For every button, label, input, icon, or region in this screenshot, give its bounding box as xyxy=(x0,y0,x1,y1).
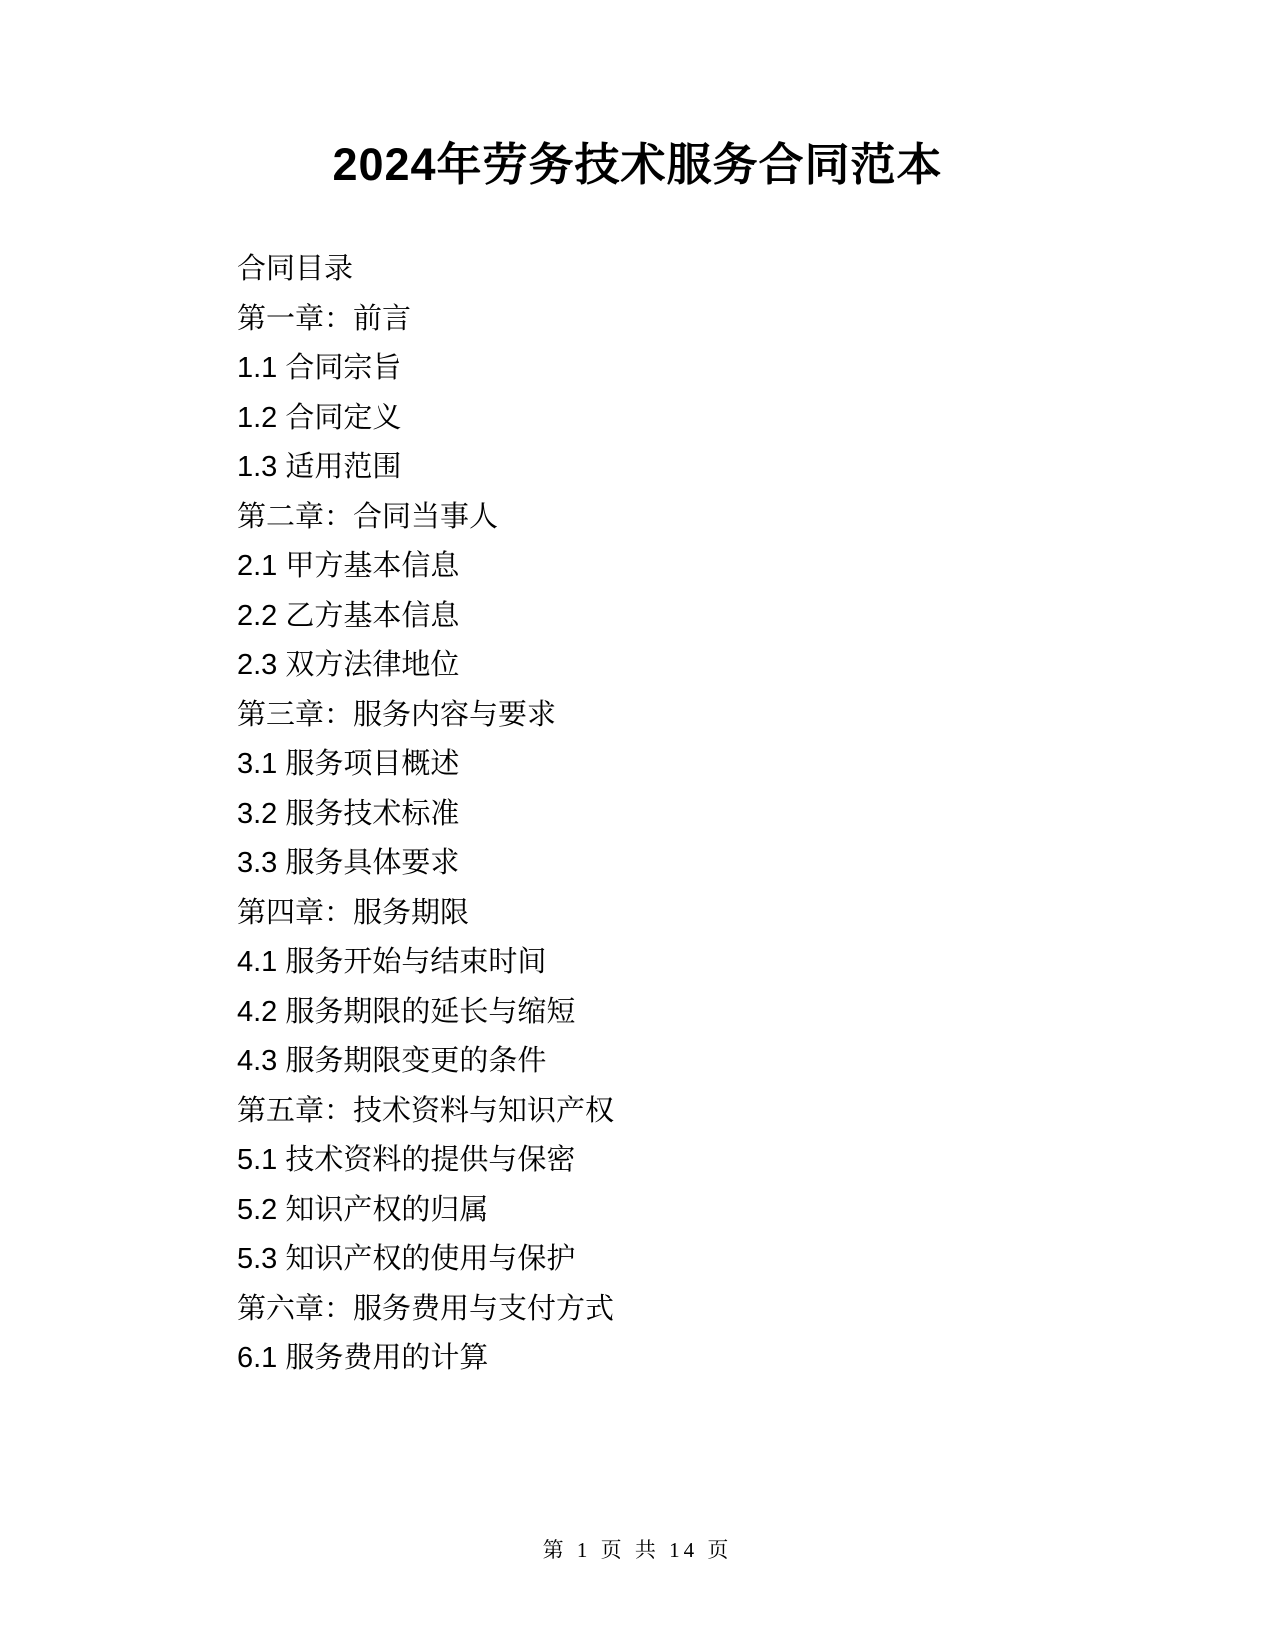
toc-item: 第四章：服务期限 xyxy=(237,889,1155,939)
table-of-contents: 合同目录 第一章：前言1.1 合同宗旨1.2 合同定义1.3 适用范围第二章：合… xyxy=(237,245,1155,1384)
toc-item: 4.3 服务期限变更的条件 xyxy=(237,1037,1155,1087)
toc-item: 2.2 乙方基本信息 xyxy=(237,592,1155,642)
toc-item: 1.1 合同宗旨 xyxy=(237,344,1155,394)
page-number-text: 第 1 页 共 14 页 xyxy=(543,1538,733,1562)
toc-item: 5.1 技术资料的提供与保密 xyxy=(237,1136,1155,1186)
toc-item: 5.2 知识产权的归属 xyxy=(237,1186,1155,1236)
page-footer: 第 1 页 共 14 页 xyxy=(0,1534,1275,1564)
toc-item: 4.1 服务开始与结束时间 xyxy=(237,938,1155,988)
toc-item: 2.3 双方法律地位 xyxy=(237,641,1155,691)
document-title: 2024年劳务技术服务合同范本 xyxy=(0,136,1275,195)
toc-item: 1.2 合同定义 xyxy=(237,394,1155,444)
toc-item: 3.1 服务项目概述 xyxy=(237,740,1155,790)
toc-item: 2.1 甲方基本信息 xyxy=(237,542,1155,592)
toc-items: 第一章：前言1.1 合同宗旨1.2 合同定义1.3 适用范围第二章：合同当事人2… xyxy=(237,295,1155,1384)
toc-item: 6.1 服务费用的计算 xyxy=(237,1334,1155,1384)
toc-item: 第二章：合同当事人 xyxy=(237,493,1155,543)
toc-item: 5.3 知识产权的使用与保护 xyxy=(237,1235,1155,1285)
toc-item: 第六章：服务费用与支付方式 xyxy=(237,1285,1155,1335)
document-page: 2024年劳务技术服务合同范本 合同目录 第一章：前言1.1 合同宗旨1.2 合… xyxy=(0,0,1275,1650)
toc-heading: 合同目录 xyxy=(237,245,1155,295)
toc-item: 3.3 服务具体要求 xyxy=(237,839,1155,889)
toc-item: 4.2 服务期限的延长与缩短 xyxy=(237,988,1155,1038)
toc-item: 3.2 服务技术标准 xyxy=(237,790,1155,840)
toc-item: 第一章：前言 xyxy=(237,295,1155,345)
toc-item: 第三章：服务内容与要求 xyxy=(237,691,1155,741)
toc-item: 1.3 适用范围 xyxy=(237,443,1155,493)
toc-item: 第五章：技术资料与知识产权 xyxy=(237,1087,1155,1137)
